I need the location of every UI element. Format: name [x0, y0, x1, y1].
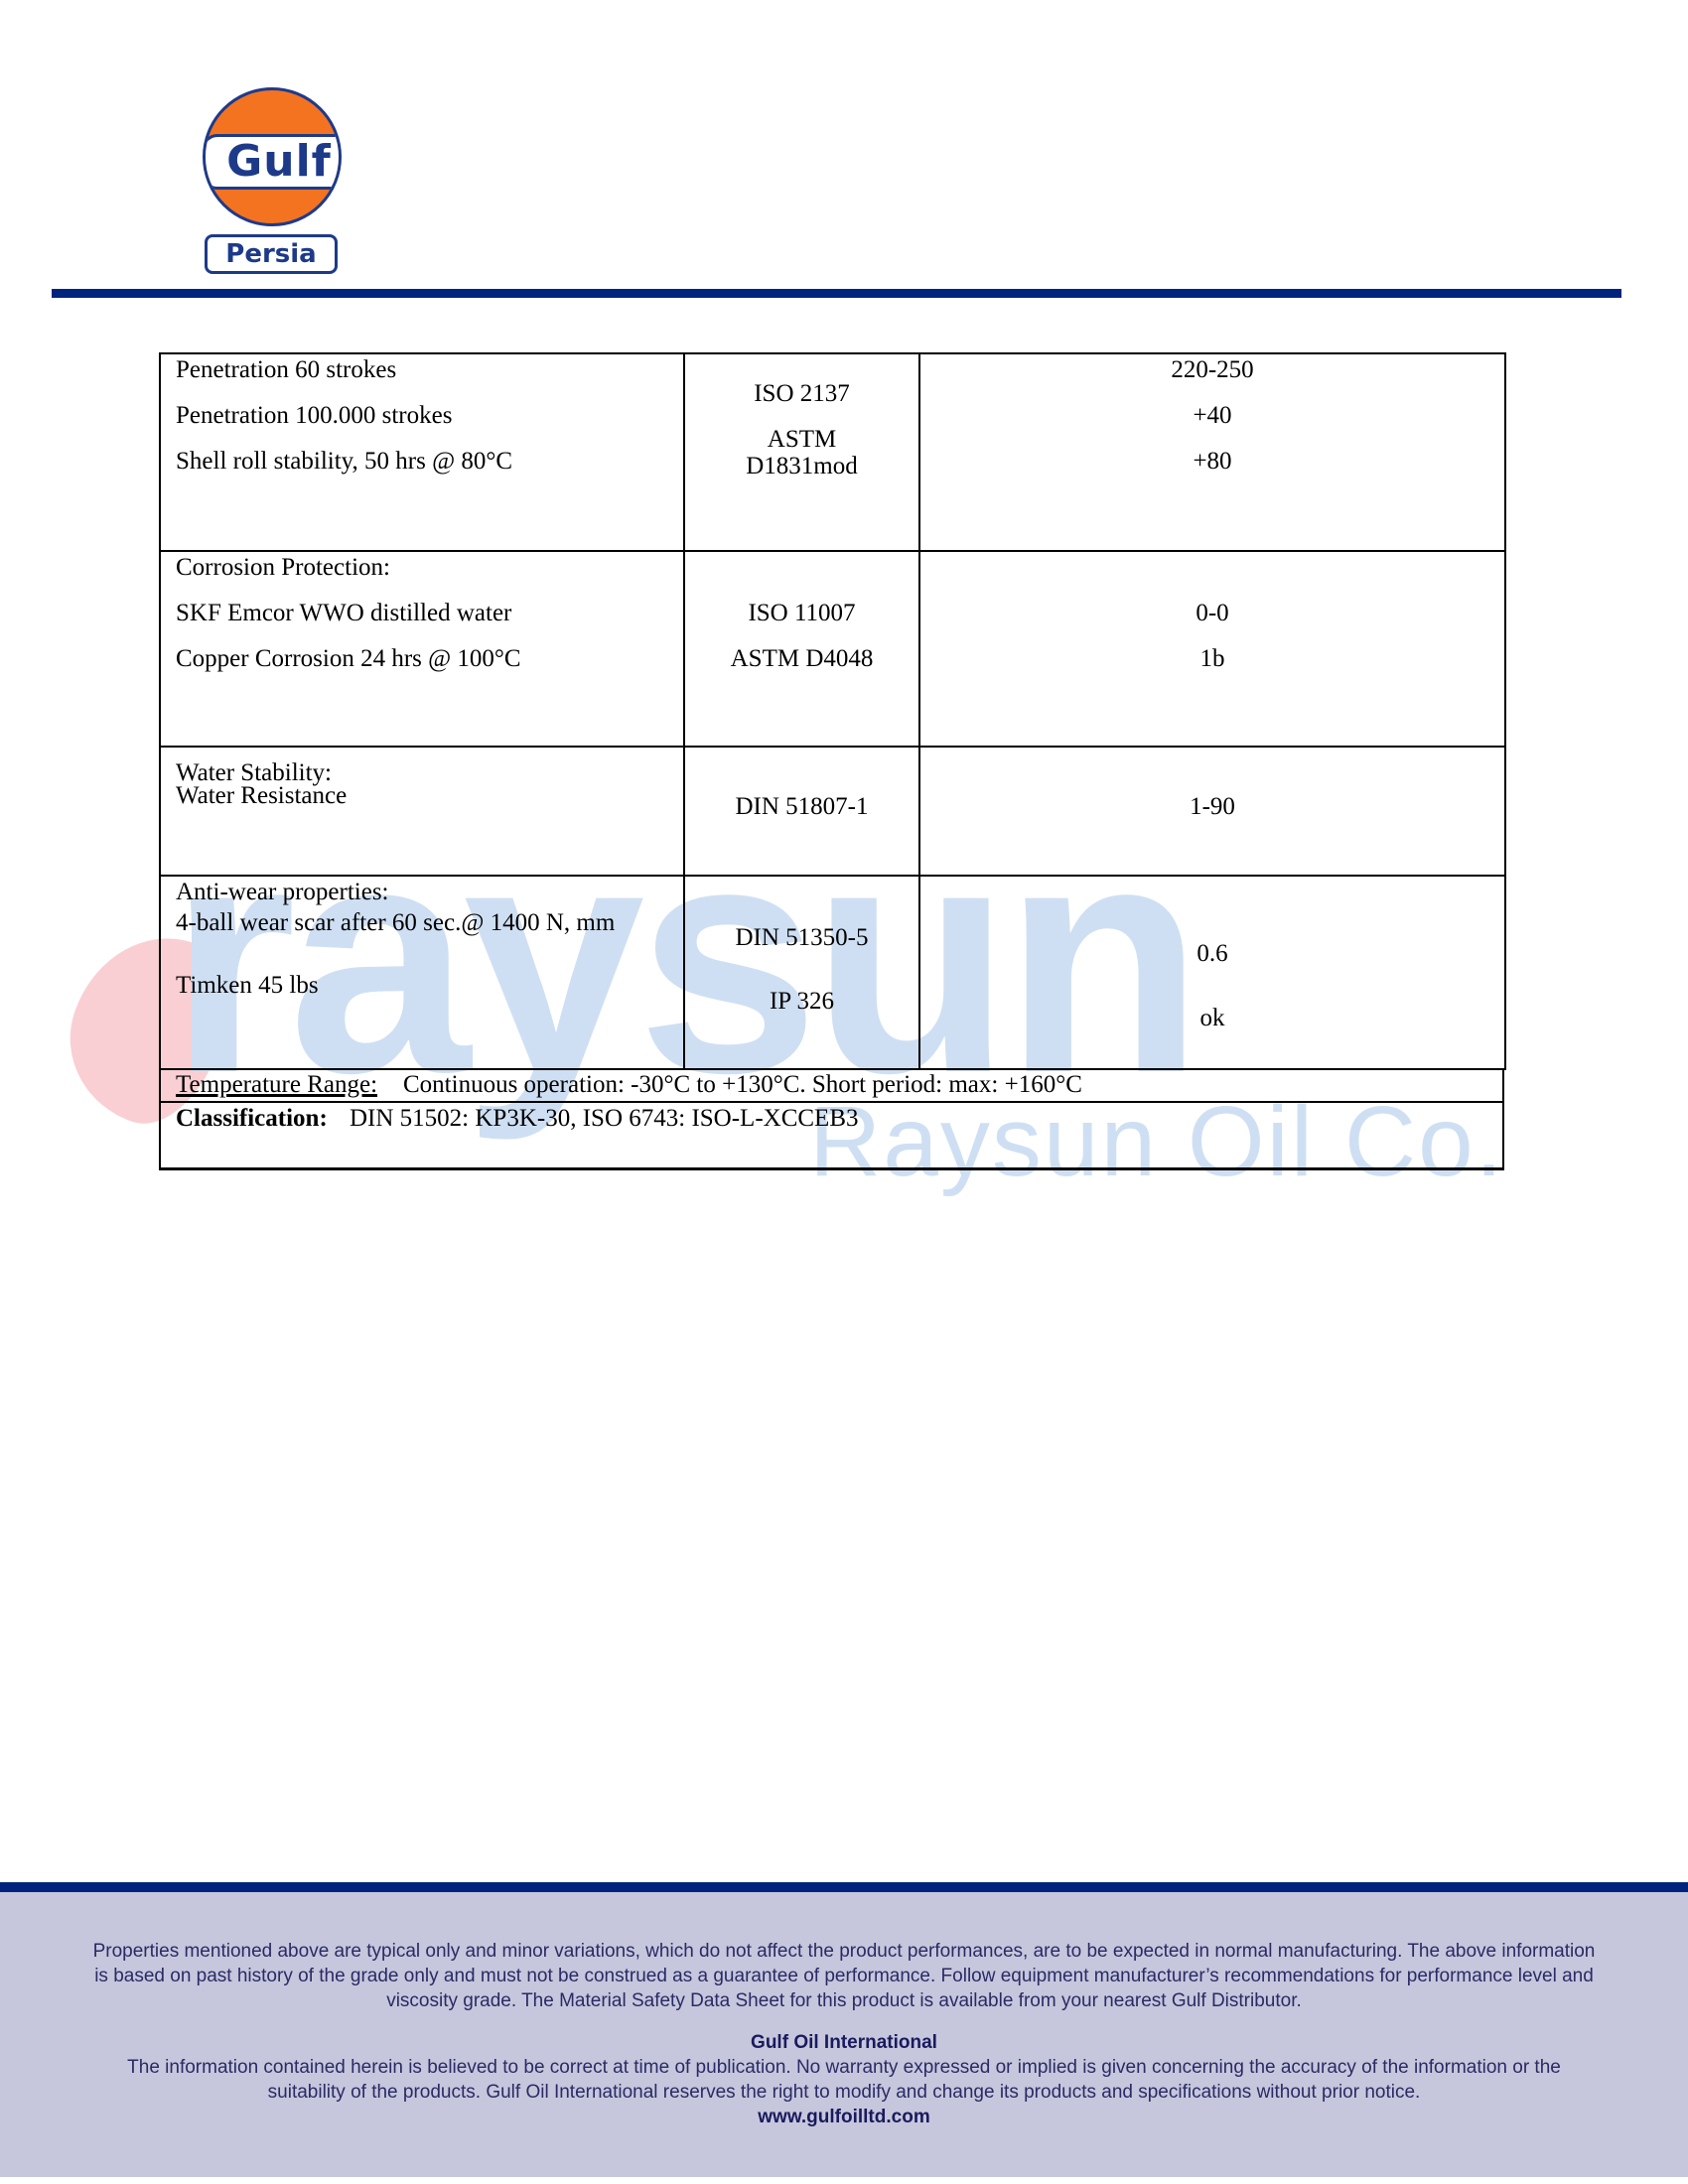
property-label: Shell roll stability, 50 hrs @ 80°C: [176, 448, 512, 476]
property-value: ok: [920, 1005, 1504, 1032]
property-label: 4-ball wear scar after 60 sec.@ 1400 N, …: [176, 909, 615, 937]
test-method: ASTM: [685, 426, 918, 454]
gulf-logo-disc: Gulf: [203, 87, 342, 226]
footer: Properties mentioned above are typical o…: [0, 1882, 1688, 2177]
section-heading: Anti-wear properties:: [176, 879, 389, 906]
specification-table: Penetration 60 strokes Penetration 100.0…: [159, 352, 1504, 1170]
header-divider: [52, 289, 1621, 298]
property-value: +40: [920, 402, 1504, 430]
property-label: Water Resistance: [176, 782, 347, 810]
property-value: 0-0: [920, 600, 1504, 627]
classification-label: Classification:: [176, 1105, 328, 1133]
test-method: IP 326: [685, 988, 918, 1016]
test-method: ISO 11007: [685, 600, 918, 627]
property-label: Penetration 100.000 strokes: [176, 402, 452, 430]
table-row: Anti-wear properties: 4-ball wear scar a…: [160, 876, 1505, 1069]
footer-divider: [0, 1882, 1688, 1892]
property-value: 220-250: [920, 356, 1504, 384]
gulf-persia-logo: Gulf Persia: [199, 83, 353, 278]
property-value: +80: [920, 448, 1504, 476]
test-method: ISO 2137: [685, 380, 918, 408]
temperature-range-row: Temperature Range: Continuous operation:…: [159, 1070, 1504, 1103]
test-method: DIN 51807-1: [685, 793, 918, 821]
disclaimer-text: Properties mentioned above are typical o…: [40, 1939, 1648, 2013]
temperature-range-label: Temperature Range:: [176, 1071, 377, 1099]
test-method: ASTM D4048: [685, 645, 918, 673]
classification-value: DIN 51502: KP3K-30, ISO 6743: ISO-L-XCCE…: [350, 1105, 859, 1133]
table-row: Corrosion Protection: SKF Emcor WWO dist…: [160, 551, 1505, 747]
website-link[interactable]: www.gulfoilltd.com: [40, 2105, 1648, 2129]
disclaimer-line: viscosity grade. The Material Safety Dat…: [40, 1988, 1648, 2013]
temperature-range-value: Continuous operation: -30°C to +130°C. S…: [403, 1071, 1082, 1099]
notice-line: The information contained herein is beli…: [40, 2055, 1648, 2080]
disclaimer-line: is based on past history of the grade on…: [40, 1964, 1648, 1988]
property-value: 1b: [920, 645, 1504, 673]
section-heading: Corrosion Protection:: [176, 554, 390, 582]
company-name: Gulf Oil International: [40, 2030, 1648, 2055]
property-label: SKF Emcor WWO distilled water: [176, 600, 511, 627]
property-value: 1-90: [920, 793, 1504, 821]
gulf-logo-text: Gulf: [203, 138, 342, 186]
table-row: Water Stability: Water Resistance DIN 51…: [160, 747, 1505, 876]
persia-logo-label: Persia: [205, 234, 338, 274]
test-method: DIN 51350-5: [685, 924, 918, 952]
disclaimer-line: Properties mentioned above are typical o…: [40, 1939, 1648, 1964]
company-notice: Gulf Oil International The information c…: [40, 2030, 1648, 2129]
notice-line: suitability of the products. Gulf Oil In…: [40, 2080, 1648, 2105]
property-label: Copper Corrosion 24 hrs @ 100°C: [176, 645, 521, 673]
table-row: Penetration 60 strokes Penetration 100.0…: [160, 353, 1505, 551]
property-label: Timken 45 lbs: [176, 972, 319, 1000]
property-label: Penetration 60 strokes: [176, 356, 396, 384]
test-method: D1831mod: [685, 453, 918, 480]
property-value: 0.6: [920, 940, 1504, 968]
classification-row: Classification: DIN 51502: KP3K-30, ISO …: [159, 1103, 1504, 1170]
